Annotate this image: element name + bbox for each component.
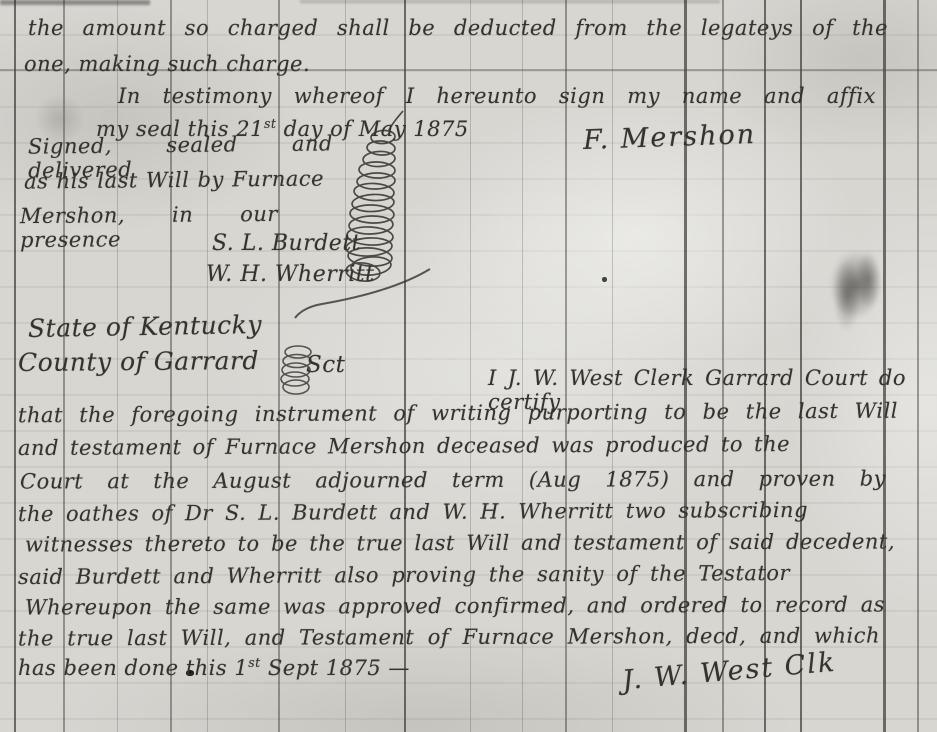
certification-line: the oathes of Dr S. L. Burdett and W. H.… [18, 498, 808, 526]
body-text-line: one, making such charge. [24, 52, 310, 76]
jurat-county-line: County of Garrard [18, 346, 259, 377]
jurat-sct-abbreviation: Sct [306, 352, 345, 378]
ruled-column-line [917, 0, 919, 732]
jurat-state-line: State of Kentucky [28, 310, 262, 343]
date-superscript: st [264, 116, 277, 131]
ruled-column-line [470, 0, 471, 732]
ink-bleed-smudge [818, 238, 894, 342]
attestation-line: as his last Will by Furnace [24, 166, 324, 193]
clerk-signature: J. W. West Clk [621, 647, 837, 697]
page-edge-smear [0, 0, 150, 5]
page-edge-smear [300, 0, 720, 3]
certification-line: said Burdett and Wherritt also proving t… [18, 561, 790, 589]
body-text-line: In testimony whereof I hereunto sign my … [118, 84, 876, 108]
certification-line: the true last Will, and Testament of Fur… [18, 623, 880, 650]
done-date-superscript: st [248, 655, 261, 670]
done-date-pre: has been done this 1 [18, 656, 248, 680]
certification-line: and testament of Furnace Mershon decease… [18, 432, 790, 460]
witness-signature-burdett: S. L. Burdett [212, 231, 361, 256]
witness-signature-wherritt: W. H. Wherritt [206, 262, 374, 287]
done-date-post: Sept 1875 — [261, 656, 410, 680]
certification-line: Whereupon the same was approved confirme… [25, 592, 885, 619]
ruled-column-line [14, 0, 16, 732]
ruled-column-line [404, 0, 406, 732]
ruled-column-line [278, 0, 280, 732]
certification-line: that the foregoing instrument of writing… [18, 399, 898, 428]
scanned-ledger-page: the amount so charged shall be deducted … [0, 0, 937, 732]
ink-blot [602, 277, 607, 282]
certification-date-line: has been done this 1st Sept 1875 — [18, 655, 410, 680]
certification-line: witnesses thereto to be the true last Wi… [25, 529, 895, 556]
certification-line: Court at the August adjourned term (Aug … [20, 466, 886, 493]
testator-signature: F. Mershon [583, 119, 757, 156]
body-text-line: the amount so charged shall be deducted … [28, 16, 888, 40]
